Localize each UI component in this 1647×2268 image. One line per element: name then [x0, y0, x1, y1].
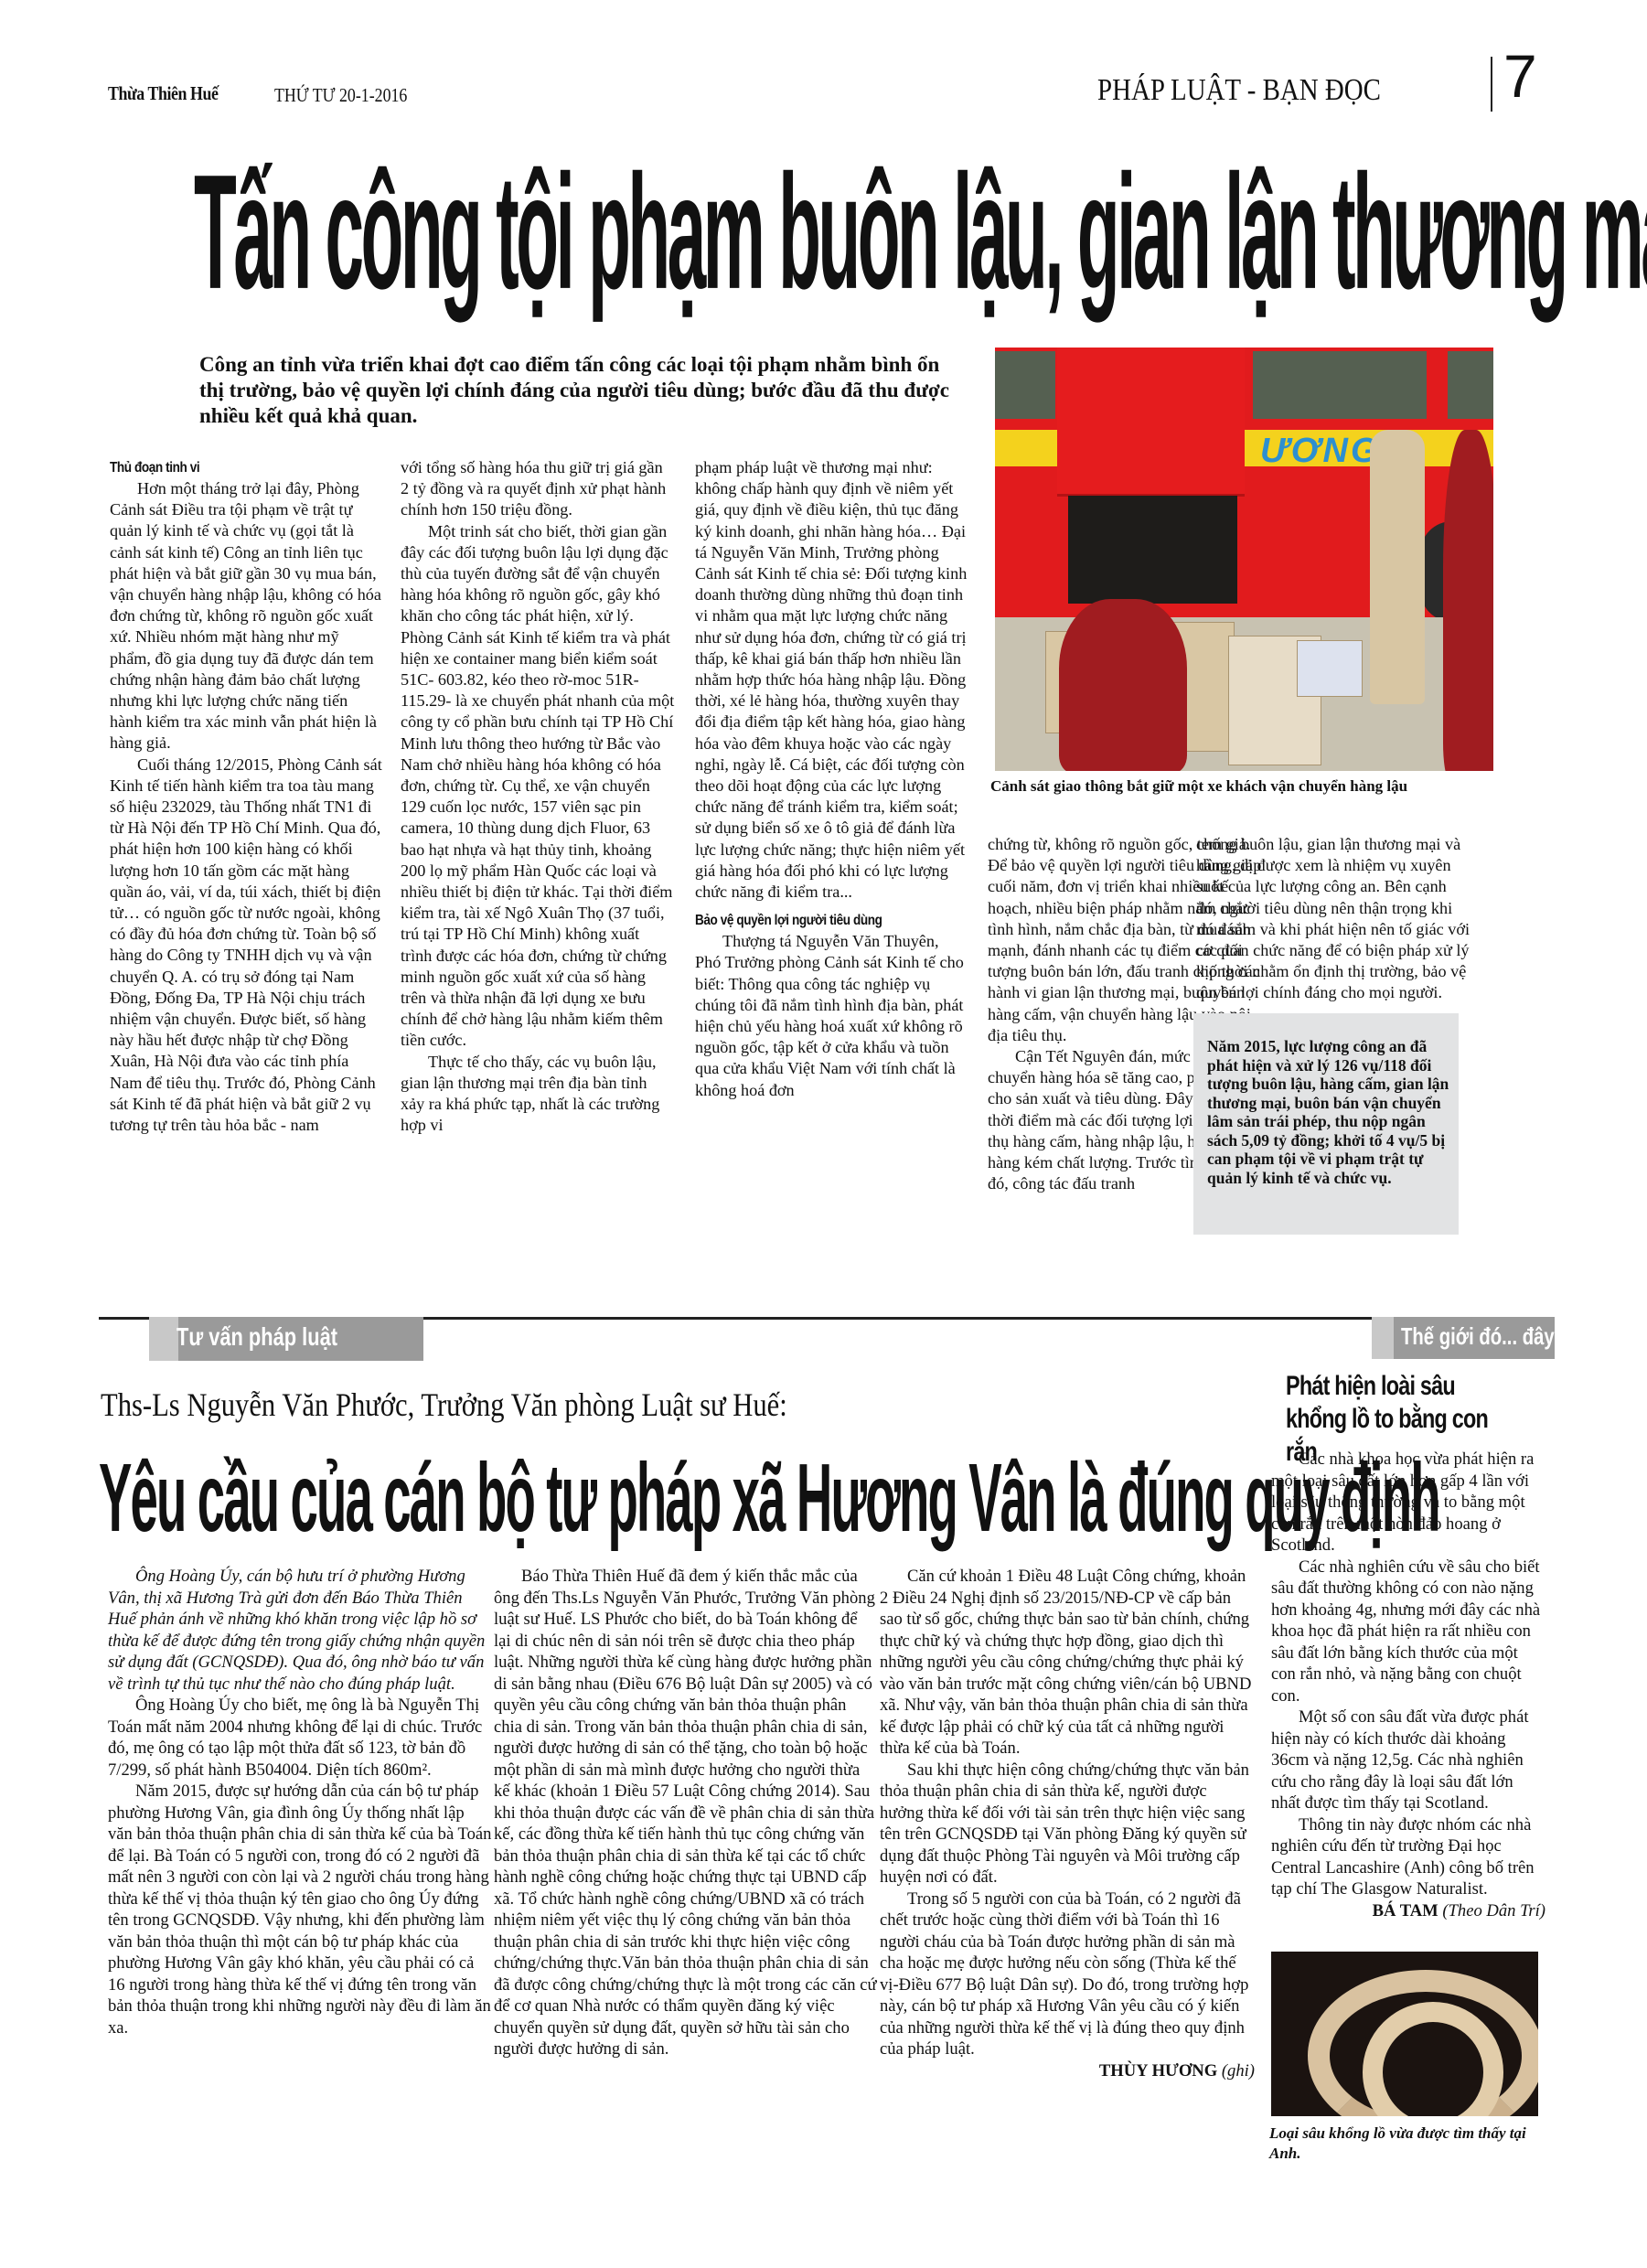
cargo-box [1297, 640, 1363, 697]
worm-photo [1271, 1952, 1538, 2116]
article1-headline: Tấn công tội phạm buôn lậu, gian lận thư… [194, 151, 989, 386]
kicker-tu-van-phap-luat: Tư vấn pháp luật [149, 1317, 423, 1361]
article1-column-1: Thủ đoạn tinh vi Hơn một tháng trở lại đ… [110, 457, 384, 1136]
article2-column-1: Ông Hoàng Úy, cán bộ hưu trí ở phường Hư… [108, 1566, 492, 2038]
bus-lettering: ƯƠNG [1260, 432, 1381, 471]
paragraph: Năm 2015, được sự hướng dẫn của cán bộ t… [108, 1781, 492, 2038]
luggage-door [1057, 348, 1245, 497]
paragraph: Hơn một tháng trở lại đây, Phòng Cảnh sá… [110, 478, 384, 754]
issue-date: THỨ TƯ 20-1-2016 [274, 84, 407, 107]
person [1059, 599, 1187, 771]
article1-column-2: với tổng số hàng hóa thu giữ trị giá gần… [401, 457, 675, 1137]
subhead: Thủ đoạn tinh vi [110, 457, 343, 478]
paragraph: Trong số 5 người con của bà Toán, có 2 n… [880, 1888, 1255, 2060]
article1-column-3: phạm pháp luật về thương mại như: không … [695, 457, 968, 1101]
article1-column-5: chống buôn lậu, gian lận thương mại và h… [1196, 834, 1471, 1004]
article2-intro: Ông Hoàng Úy, cán bộ hưu trí ở phường Hư… [108, 1566, 492, 1695]
paragraph: Căn cứ khoản 1 Điều 48 Luật Công chứng, … [880, 1566, 1255, 1760]
article2-column-3: Căn cứ khoản 1 Điều 48 Luật Công chứng, … [880, 1566, 1255, 2081]
article1-photo: ƯƠNG [995, 348, 1493, 771]
paragraph: Các nhà nghiên cứu về sâu cho biết sâu đ… [1271, 1557, 1545, 1707]
article3-byline: BÁ TAM (Theo Dân Trí) [1271, 1900, 1545, 1922]
traffic-officer [1370, 430, 1425, 704]
article2-headline: Yêu cầu của cán bộ tư pháp xã Hương Vân … [99, 1450, 1439, 1546]
paragraph: Ông Hoàng Úy cho biết, mẹ ông là bà Nguy… [108, 1695, 492, 1781]
bus-window [1448, 351, 1493, 419]
article3-column: Các nhà khoa học vừa phát hiện ra một lo… [1271, 1449, 1545, 1921]
article2-subhead: Ths-Ls Nguyễn Văn Phước, Trưởng Văn phòn… [101, 1385, 787, 1424]
paragraph: phạm pháp luật về thương mại như: không … [695, 457, 968, 903]
masthead-divider [1491, 57, 1492, 112]
kicker-label: Tư vấn pháp luật [176, 1322, 337, 1352]
subhead: Bảo vệ quyền lợi người tiêu dùng [695, 910, 926, 931]
paragraph: Thực tế cho thấy, các vụ buôn lậu, gian … [401, 1052, 675, 1137]
article1-lede: Công an tỉnh vừa triển khai đợt cao điểm… [199, 352, 949, 429]
article3-photo-caption: Loại sâu khổng lồ vừa được tìm thấy tại … [1269, 2124, 1544, 2164]
page-number: 7 [1503, 46, 1537, 106]
paragraph: Cuối tháng 12/2015, Phòng Cảnh sát Kinh … [110, 754, 384, 1137]
paragraph: chống buôn lậu, gian lận thương mại và h… [1196, 834, 1471, 1004]
paragraph: Một số con sâu đất vừa được phát hiện nà… [1271, 1706, 1545, 1814]
paper-name: Thừa Thiên Huế [108, 82, 219, 105]
paragraph: Các nhà khoa học vừa phát hiện ra một lo… [1271, 1449, 1545, 1557]
paragraph: Thông tin này được nhóm các nhà nghiên c… [1271, 1814, 1545, 1900]
bus-window [1253, 351, 1427, 419]
article2-column-2: Báo Thừa Thiên Huế đã đem ý kiến thắc mắ… [494, 1566, 878, 2060]
section-name: PHÁP LUẬT - BẠN ĐỌC [1097, 73, 1381, 108]
article2-byline: THÙY HƯƠNG (ghi) [880, 2060, 1255, 2082]
luggage-hold [1068, 496, 1237, 604]
paragraph: Thượng tá Nguyễn Văn Thuyên, Phó Trưởng … [695, 931, 968, 1101]
factbox-text: Năm 2015, lực lượng công an đã phát hiện… [1207, 1037, 1454, 1187]
paragraph: với tổng số hàng hóa thu giữ trị giá gần… [401, 457, 675, 521]
paragraph: Báo Thừa Thiên Huế đã đem ý kiến thắc mắ… [494, 1566, 878, 2060]
paragraph: Sau khi thực hiện công chứng/chứng thực … [880, 1760, 1255, 1888]
kicker-the-gioi-do-day: Thế giới đó... đây [1372, 1317, 1555, 1359]
bus-window [995, 351, 1055, 419]
paragraph: Một trinh sát cho biết, thời gian gần đâ… [401, 521, 675, 1052]
article1-photo-caption: Cảnh sát giao thông bắt giữ một xe khách… [990, 777, 1407, 796]
person [1443, 430, 1493, 771]
kicker-label: Thế giới đó... đây [1401, 1322, 1555, 1351]
